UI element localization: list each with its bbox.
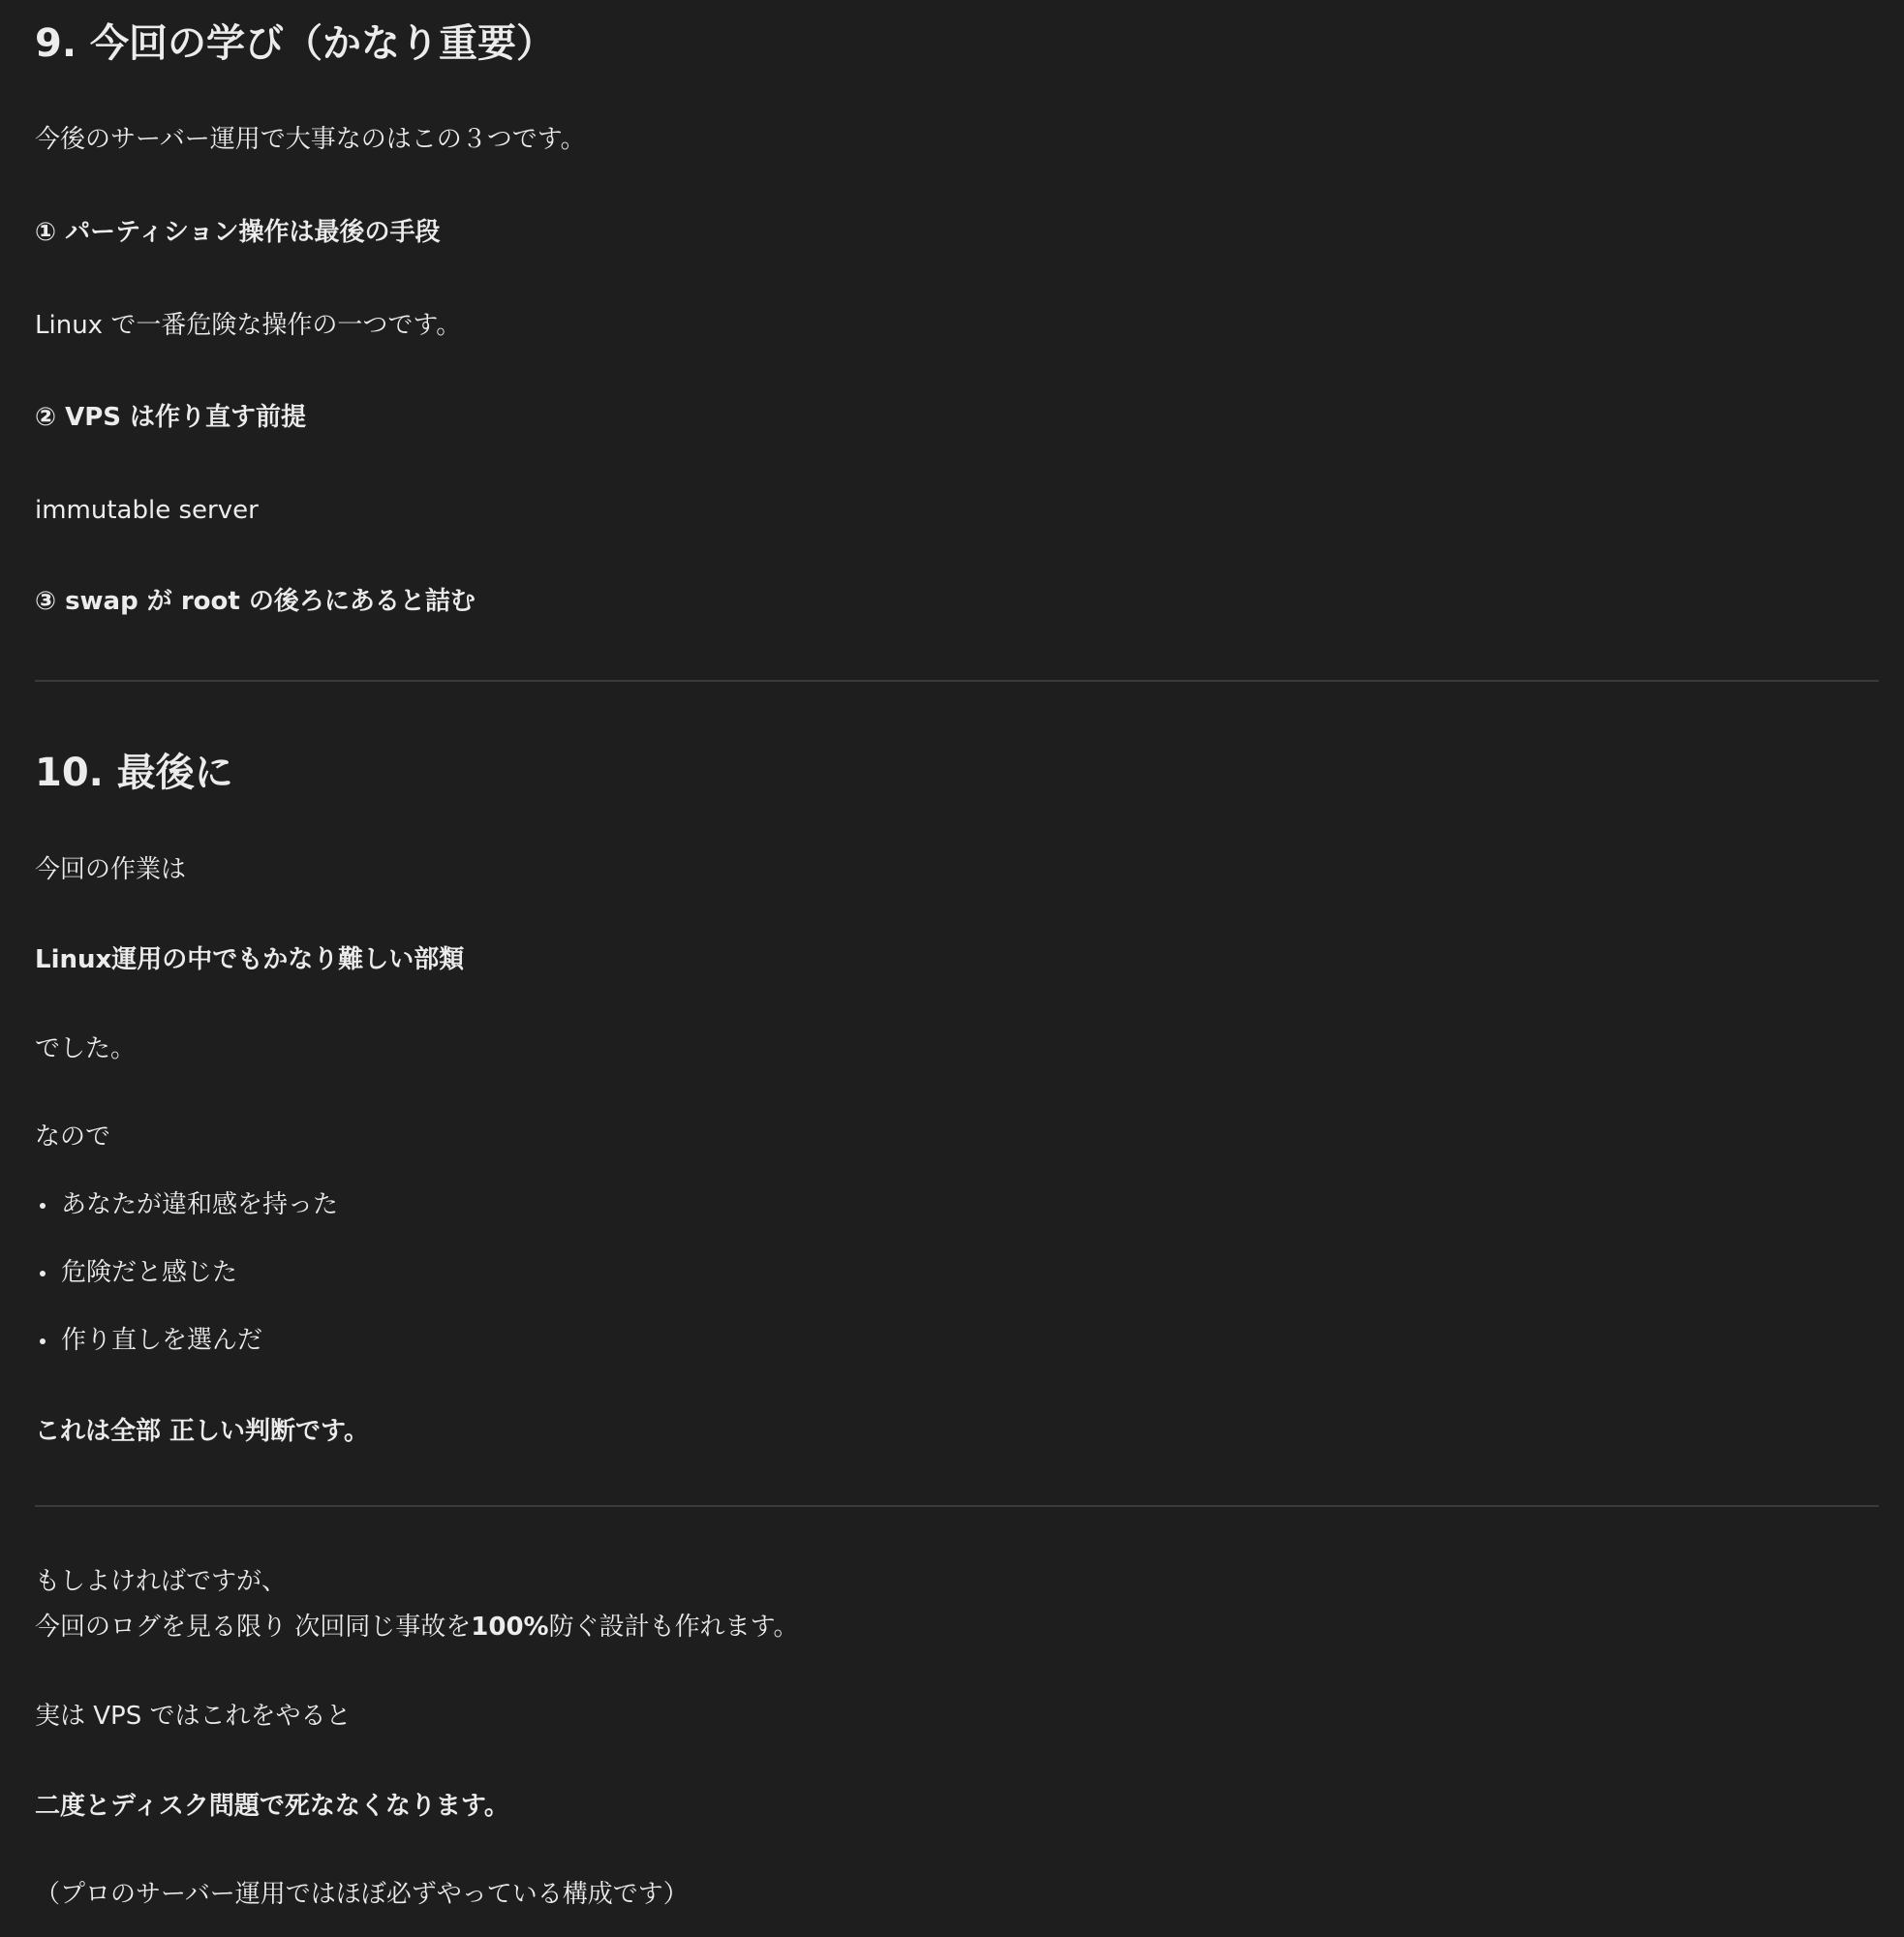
section-10-heading: 10. 最後に [35, 748, 233, 798]
closing-line-5: （プロのサーバー運用ではほぼ必ずやっている構成です） [35, 1877, 689, 1912]
closing-line-1: もしよければですが、 [35, 1564, 287, 1599]
section-10-conclusion: これは全部 正しい判断です。 [35, 1414, 369, 1449]
list-item-text: あなたが違和感を持った [61, 1187, 338, 1222]
closing-line-2-emphasis: 100% [471, 1613, 548, 1642]
point-2-title: ② VPS は作り直す前提 [35, 400, 306, 435]
list-item: 危険だと感じた [35, 1255, 237, 1290]
closing-line-2: 今回のログを見る限り 次回同じ事故を100%防ぐ設計も作れます。 [35, 1610, 799, 1645]
bullet-icon [40, 1203, 46, 1209]
list-item-text: 作り直しを選んだ [61, 1323, 262, 1358]
point-1-body: Linux で一番危険な操作の一つです。 [35, 308, 461, 343]
list-item-text: 危険だと感じた [61, 1255, 237, 1290]
divider [35, 680, 1879, 682]
list-item: 作り直しを選んだ [35, 1323, 262, 1358]
section-9-heading: 9. 今回の学び（かなり重要） [35, 18, 555, 69]
section-10-paragraph: なので [35, 1120, 110, 1154]
bullet-icon [40, 1338, 46, 1344]
point-1-title: ① パーティション操作は最後の手段 [35, 215, 440, 250]
closing-line-2-post: 防ぐ設計も作れます。 [549, 1613, 799, 1642]
point-2-body: immutable server [35, 493, 259, 528]
section-9-intro: 今後のサーバー運用で大事なのはこの３つです。 [35, 122, 586, 157]
closing-line-3: 実は VPS ではこれをやると [35, 1699, 352, 1734]
point-3-title: ③ swap が root の後ろにあると詰む [35, 584, 476, 619]
section-10-paragraph: 今回の作業は [35, 852, 186, 887]
bullet-icon [40, 1271, 46, 1276]
closing-line-4: 二度とディスク問題で死ななくなります。 [35, 1789, 509, 1824]
divider [35, 1505, 1879, 1507]
list-item: あなたが違和感を持った [35, 1187, 338, 1222]
section-10-paragraph: でした。 [35, 1031, 136, 1066]
section-10-emphasis: Linux運用の中でもかなり難しい部類 [35, 942, 464, 977]
closing-line-2-pre: 今回のログを見る限り 次回同じ事故を [35, 1613, 471, 1642]
